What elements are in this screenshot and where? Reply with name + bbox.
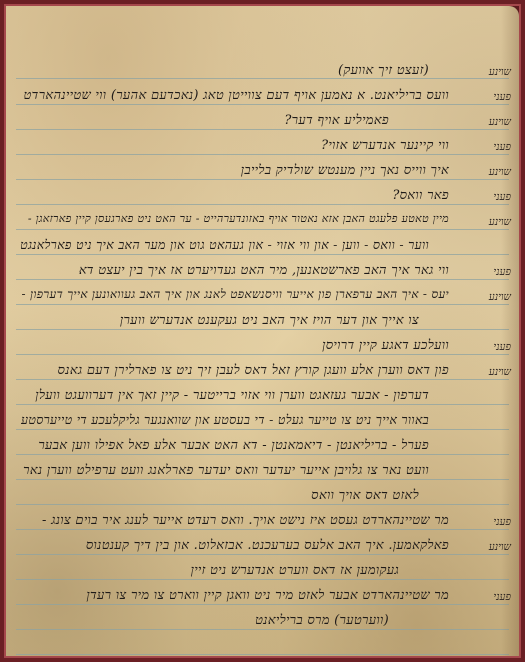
ruled-line — [16, 279, 509, 280]
ruled-line — [16, 329, 509, 330]
dialogue-line: פאר וואס? — [392, 187, 449, 203]
dialogue-line: מר שטיינהארדט געסט איז נישט אויך. וואס ר… — [42, 512, 449, 528]
ruled-line — [16, 554, 509, 555]
dialogue-line: צו אייך און דער הויז איך האב ניט געקענט … — [120, 312, 419, 328]
ruled-line — [16, 129, 509, 130]
ruled-line — [16, 104, 509, 105]
ruled-line — [16, 529, 509, 530]
dialogue-line: יעס - איך האב ערפארן פון אייער וויסנשאפט… — [22, 287, 449, 302]
dialogue-line: ווער - וואס - ווען - און ווי אזוי - און … — [20, 237, 429, 253]
dialogue-line: לאזט דאס אויך וואס — [311, 487, 419, 503]
ruled-line — [16, 454, 509, 455]
ruled-line — [16, 304, 509, 305]
speaker-label: פעני — [493, 341, 511, 353]
ruled-line — [16, 604, 509, 605]
ruled-line — [16, 404, 509, 405]
dialogue-line: פון דאס ווערן אלע וועגן קורץ זאל דאס לעב… — [58, 362, 449, 378]
speaker-label: שוינע — [489, 291, 511, 303]
ruled-line — [16, 154, 509, 155]
dialogue-line: וועס בריליאנט. א נאמען אויף דעם צווייטן … — [24, 87, 449, 103]
speaker-label: פעני — [493, 516, 511, 528]
speaker-label: שוינע — [489, 116, 511, 128]
dialogue-line: פאלקאמען. איך האב אלעס בערעכנט. אבזאלוט.… — [86, 537, 449, 553]
dialogue-line: דערפון - אבער געזאגט ווערן ווי אזוי בריי… — [35, 387, 429, 403]
ruled-line — [16, 429, 509, 430]
speaker-label: פעני — [493, 591, 511, 603]
dialogue-line: געקומען אז דאס ווערט אנדערש ניט זיין — [191, 562, 399, 578]
speaker-label: שוינע — [489, 216, 511, 228]
speaker-label: פעני — [493, 141, 511, 153]
dialogue-line: (ווערטער) מרס בריליאנט — [255, 612, 389, 628]
ruled-line — [16, 479, 509, 480]
ruled-line — [16, 354, 509, 355]
ruled-line — [16, 204, 509, 205]
ruled-line — [16, 629, 509, 630]
ruled-line — [16, 179, 509, 180]
manuscript-page: שוינע(זעצט זיך אוועק)פעניוועס בריליאנט. … — [6, 6, 519, 656]
ruled-line — [16, 379, 509, 380]
dialogue-line: מיין טאטע פלעגט האבן אזא נאטור אויף באזו… — [28, 212, 449, 225]
speaker-label: שוינע — [489, 541, 511, 553]
ruled-line — [16, 78, 509, 79]
ruled-line — [16, 654, 509, 655]
dialogue-line: פאמיליע אויף דער? — [284, 112, 389, 128]
dialogue-line: ווי גאר איך האב פארשטאנען, מיר האט געדוי… — [79, 262, 449, 278]
ruled-line — [16, 229, 509, 230]
speaker-label: פעני — [493, 91, 511, 103]
speaker-label: שוינע — [489, 66, 511, 78]
ruled-line — [16, 504, 509, 505]
dialogue-line: וועלכע דאגע קיין דרויסן — [322, 337, 449, 353]
ruled-line — [16, 579, 509, 580]
ruled-line — [16, 254, 509, 255]
speaker-label: פעני — [493, 191, 511, 203]
speaker-label: שוינע — [489, 366, 511, 378]
dialogue-line: באוור אייך ניט צו טייער געלט - די בעסטע … — [21, 412, 429, 428]
speaker-label: שוינע — [489, 166, 511, 178]
dialogue-line: פערל - בריליאנטן - דיאמאנטן - דא האט אבע… — [38, 437, 429, 453]
dialogue-line: מר שטיינהארדט אבער לאזט מיר ניט וואגן קי… — [86, 587, 449, 603]
dialogue-line: (זעצט זיך אוועק) — [338, 62, 429, 78]
dialogue-line: וועט נאר צו גלויבן אייער יעדער וואס יעדע… — [23, 462, 429, 478]
dialogue-line: איך ווייס נאך ניין מענטש שולדיק בלייבן — [241, 162, 449, 178]
dialogue-line: ווי קיינער אנדערש אזוי? — [321, 137, 449, 153]
speaker-label: פעני — [493, 266, 511, 278]
